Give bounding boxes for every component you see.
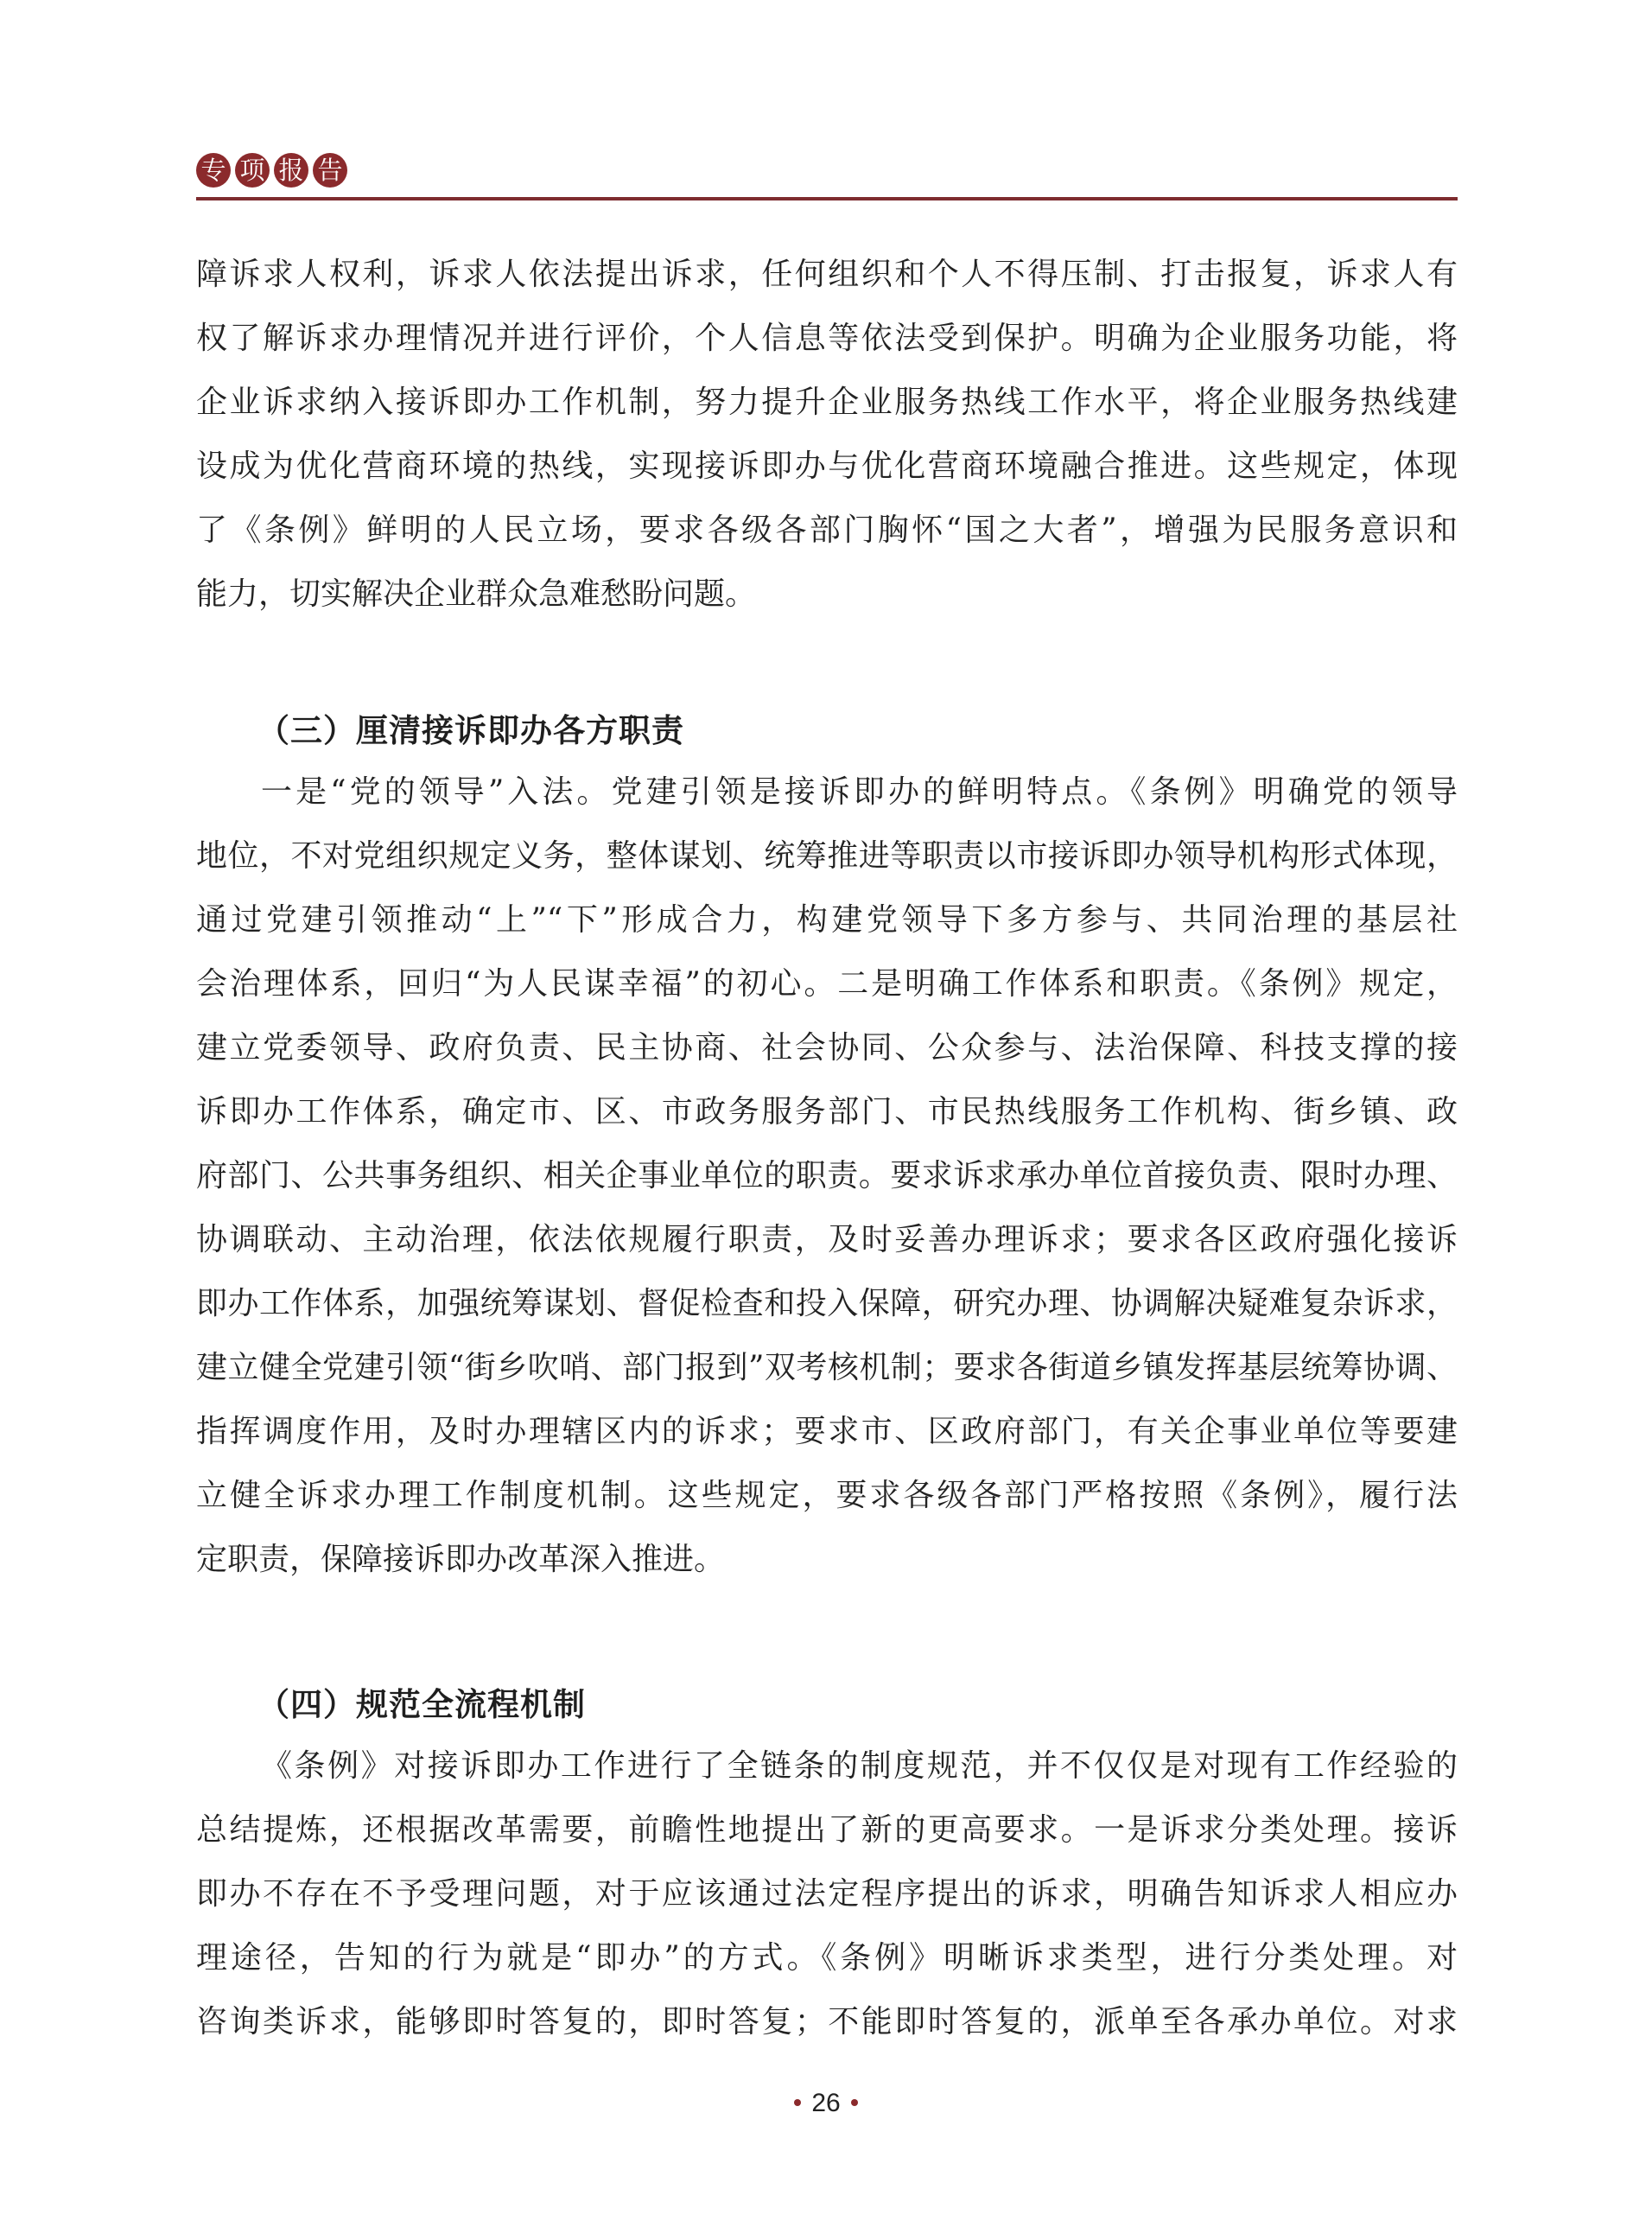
text-line: 建立健全党建引领“街乡吹哨、部门报到”双考核机制；要求各街道乡镇发挥基层统筹协调… bbox=[196, 1349, 1458, 1387]
page-number: 26 bbox=[0, 2086, 1652, 2121]
text-line: 障诉求人权利，诉求人依法提出诉求，任何组织和个人不得压制、打击报复，诉求人有 bbox=[196, 256, 1458, 294]
text-line: 诉即办工作体系，确定市、区、市政务服务部门、市民热线服务工作机构、街乡镇、政 bbox=[196, 1093, 1458, 1131]
text-line: 地位，不对党组织规定义务，整体谋划、统筹推进等职责以市接诉即办领导机构形式体现， bbox=[196, 837, 1458, 875]
text-line: 权了解诉求办理情况并进行评价，个人信息等依法受到保护。明确为企业服务功能，将 bbox=[196, 320, 1458, 358]
section-heading-3: （三）厘清接诉即办各方职责 bbox=[257, 711, 684, 751]
text-line: 协调联动、主动治理，依法依规履行职责，及时妥善办理诉求；要求各区政府强化接诉 bbox=[196, 1221, 1458, 1259]
document-page: 专 项 报 告 障诉求人权利，诉求人依法提出诉求，任何组织和个人不得压制、打击报… bbox=[0, 0, 1652, 2240]
section-tag-char: 报 bbox=[274, 153, 308, 188]
text-line: 《条例》对接诉即办工作进行了全链条的制度规范，并不仅仅是对现有工作经验的 bbox=[261, 1747, 1458, 1785]
bullet-dot-icon bbox=[851, 2099, 858, 2106]
text-line: 即办工作体系，加强统筹谋划、督促检查和投入保障，研究办理、协调解决疑难复杂诉求， bbox=[196, 1285, 1458, 1323]
text-line: 理途径，告知的行为就是“即办”的方式。《条例》明晰诉求类型，进行分类处理。对 bbox=[196, 1939, 1458, 1977]
section-tag-char: 告 bbox=[313, 153, 347, 188]
text-line: 定职责，保障接诉即办改革深入推进。 bbox=[196, 1541, 1458, 1579]
text-line: 总结提炼，还根据改革需要，前瞻性地提出了新的更高要求。一是诉求分类处理。接诉 bbox=[196, 1811, 1458, 1849]
text-line: 府部门、公共事务组织、相关企事业单位的职责。要求诉求承办单位首接负责、限时办理、 bbox=[196, 1157, 1458, 1195]
section-tag: 专 项 报 告 bbox=[196, 153, 347, 188]
text-line: 建立党委领导、政府负责、民主协商、社会协同、公众参与、法治保障、科技支撑的接 bbox=[196, 1029, 1458, 1067]
text-line: 指挥调度作用，及时办理辖区内的诉求；要求市、区政府部门，有关企事业单位等要建 bbox=[196, 1413, 1458, 1451]
text-line: 咨询类诉求，能够即时答复的，即时答复；不能即时答复的，派单至各承办单位。对求 bbox=[196, 2003, 1458, 2041]
text-line: 设成为优化营商环境的热线，实现接诉即办与优化营商环境融合推进。这些规定，体现 bbox=[196, 448, 1458, 486]
text-line: 即办不存在不予受理问题，对于应该通过法定程序提出的诉求，明确告知诉求人相应办 bbox=[196, 1875, 1458, 1913]
text-line: 通过党建引领推动“上”“下”形成合力，构建党领导下多方参与、共同治理的基层社 bbox=[196, 901, 1458, 939]
text-line: 企业诉求纳入接诉即办工作机制，努力提升企业服务热线工作水平，将企业服务热线建 bbox=[196, 384, 1458, 422]
text-line: 一是“党的领导”入法。党建引领是接诉即办的鲜明特点。《条例》明确党的领导 bbox=[261, 773, 1458, 811]
header-divider bbox=[196, 197, 1458, 200]
page-number-value: 26 bbox=[811, 2089, 840, 2117]
section-heading-4: （四）规范全流程机制 bbox=[257, 1685, 586, 1725]
text-line: 会治理体系，回归“为人民谋幸福”的初心。二是明确工作体系和职责。《条例》规定， bbox=[196, 965, 1458, 1003]
text-line: 立健全诉求办理工作制度机制。这些规定，要求各级各部门严格按照《条例》，履行法 bbox=[196, 1477, 1458, 1515]
bullet-dot-icon bbox=[794, 2099, 801, 2106]
section-tag-char: 专 bbox=[196, 153, 231, 188]
text-line: 能力，切实解决企业群众急难愁盼问题。 bbox=[196, 576, 1458, 614]
section-tag-char: 项 bbox=[235, 153, 270, 188]
text-line: 了《条例》鲜明的人民立场，要求各级各部门胸怀“国之大者”，增强为民服务意识和 bbox=[196, 512, 1458, 550]
